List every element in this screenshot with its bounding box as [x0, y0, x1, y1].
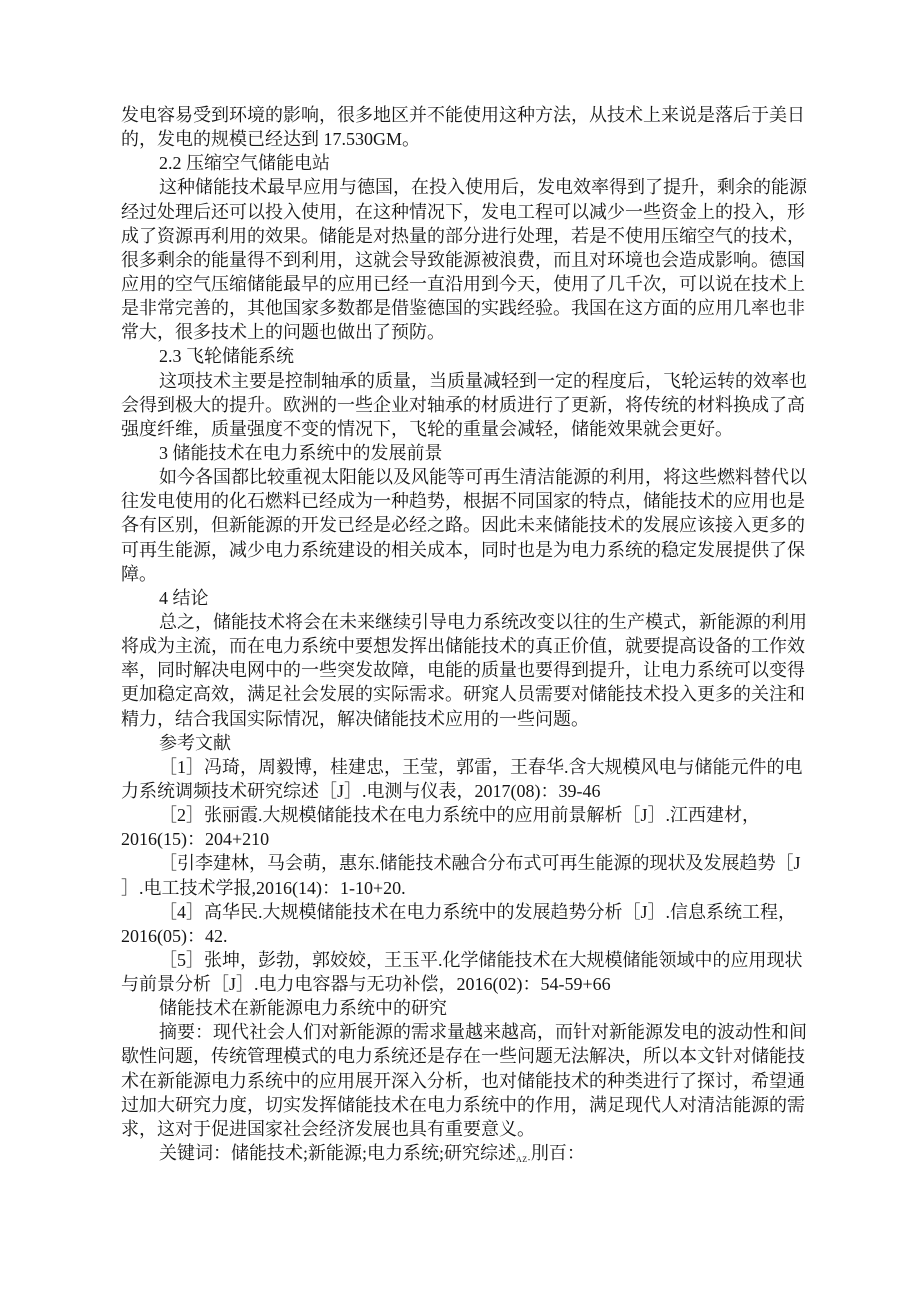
text-line: 与前景分析［J］.电力电容器与无功补偿，2016(02)：54-59+66	[121, 972, 805, 996]
text-line: 求，这对于促进国家社会经济发展也具有重要意义。	[121, 1117, 805, 1141]
text-line: 很多剩余的能量得不到利用，这就会导致能源被浪费，而且对环境也会造成影响。德国	[121, 248, 805, 272]
text-line: 精力，结合我国实际情况，解决储能技术应用的一些问题。	[121, 707, 805, 731]
text-line: 力系统调频技术研究综述［J］.电测与仪表，2017(08)：39-46	[121, 779, 805, 803]
text-line: 4 结论	[121, 586, 805, 610]
text-line: ［2］张丽霞.大规模储能技术在电力系统中的应用前景解析［J］.江西建材，	[121, 803, 805, 827]
text-line: 成了资源再利用的效果。储能是对热量的部分进行处理，若是不使用压缩空气的技术，	[121, 224, 805, 248]
text-line: ［5］张坤，彭勃，郭姣姣，王玉平.化学储能技术在大规模储能领域中的应用现状	[121, 948, 805, 972]
text-line: 3 储能技术在电力系统中的发展前景	[121, 441, 805, 465]
text-line: ］.电工技术学报,2016(14)：1-10+20.	[121, 876, 805, 900]
keywords-text: 关键词：储能技术;新能源;电力系统;研究综述	[159, 1143, 516, 1163]
text-line: 2.3 飞轮储能系统	[121, 344, 805, 368]
text-line: ［4］高华民.大规模储能技术在电力系统中的发展趋势分析［J］.信息系统工程，	[121, 900, 805, 924]
text-line: 更加稳定高效，满足社会发展的实际需求。研窕人员需要对储能技术投入更多的关注和	[121, 682, 805, 706]
document-lines: 发电容易受到环境的影响，很多地区并不能使用这种方法，从技术上来说是落后于美日的，…	[121, 103, 805, 1141]
text-line: 将成为主流，而在电力系统中要想发挥出储能技术的真正价值，就要提高设备的工作效	[121, 634, 805, 658]
text-line: 强度纤维，质量强度不变的情况下，飞轮的重量会减轻，储能效果就会更好。	[121, 417, 805, 441]
document-page: 发电容易受到环境的影响，很多地区并不能使用这种方法，从技术上来说是落后于美日的，…	[0, 0, 920, 1301]
text-line: 可再生能源，减少电力系统建设的相关成本，同时也是为电力系统的稳定发展提供了保	[121, 538, 805, 562]
keywords-tail: 刖百：	[531, 1143, 585, 1163]
text-line: 是非常完善的，其他国家多数都是借鉴德国的实践经验。我国在这方面的应用几率也非	[121, 296, 805, 320]
text-line: 2.2 压缩空气储能电站	[121, 151, 805, 175]
text-line: 参考文献	[121, 731, 805, 755]
text-line: 2016(15)：204+210	[121, 827, 805, 851]
document-content: 发电容易受到环境的影响，很多地区并不能使用这种方法，从技术上来说是落后于美日的，…	[121, 103, 805, 1165]
keywords-ocr-artifact: AZ-	[516, 1155, 531, 1164]
text-line: 2016(05)：42.	[121, 924, 805, 948]
text-line: 经过处理后还可以投入使用，在这种情况下，发电工程可以减少一些资金上的投入，形	[121, 200, 805, 224]
text-line: 会得到极大的提升。欧洲的一些企业对轴承的材质进行了更新，将传统的材料换成了高	[121, 393, 805, 417]
text-line: ［1］冯琦，周毅博，桂建忠，王莹，郭雷，王春华.含大规模风电与储能元件的电	[121, 755, 805, 779]
text-line: 常大，很多技术上的问题也做出了预防。	[121, 320, 805, 344]
text-line: 这项技术主要是控制轴承的质量，当质量减轻到一定的程度后，飞轮运转的效率也	[121, 369, 805, 393]
text-line: 往发电使用的化石燃料已经成为一种趋势，根据不同国家的特点，储能技术的应用也是	[121, 489, 805, 513]
text-line: 过加大研究力度，切实发挥储能技术在电力系统中的作用，满足现代人对清洁能源的需	[121, 1093, 805, 1117]
text-line: 应用的空气压缩储能最早的应用已经一直沿用到今天，使用了几千次，可以说在技术上	[121, 272, 805, 296]
text-line: 的，发电的规模已经达到 17.530GM。	[121, 127, 805, 151]
text-line: 术在新能源电力系统中的应用展开深入分析，也对储能技术的种类进行了探讨，希望通	[121, 1069, 805, 1093]
text-line: 如今各国都比较重视太阳能以及风能等可再生清洁能源的利用，将这些燃料替代以	[121, 465, 805, 489]
keywords-line: 关键词：储能技术;新能源;电力系统;研究综述AZ-刖百：	[121, 1141, 805, 1165]
text-line: 摘要：现代社会人们对新能源的需求量越来越高，而针对新能源发电的波动性和间	[121, 1020, 805, 1044]
text-line: 总之，储能技术将会在未来继续引导电力系统改变以往的生产模式，新能源的利用	[121, 610, 805, 634]
text-line: 歇性问题，传统管理模式的电力系统还是存在一些问题无法解决，所以本文针对储能技	[121, 1044, 805, 1068]
text-line: 发电容易受到环境的影响，很多地区并不能使用这种方法，从技术上来说是落后于美日	[121, 103, 805, 127]
text-line: 率，同时解决电网中的一些突发故障，电能的质量也要得到提升，让电力系统可以变得	[121, 658, 805, 682]
text-line: ［引李建林，马会萌，惠东.储能技术融合分布式可再生能源的现状及发展趋势［J	[121, 851, 805, 875]
text-line: 障。	[121, 562, 805, 586]
text-line: 各有区别，但新能源的开发已经是必经之路。因此未来储能技术的发展应该接入更多的	[121, 513, 805, 537]
text-line: 这种储能技术最早应用与德国，在投入使用后，发电效率得到了提升，剩余的能源	[121, 175, 805, 199]
text-line: 储能技术在新能源电力系统中的研究	[121, 996, 805, 1020]
